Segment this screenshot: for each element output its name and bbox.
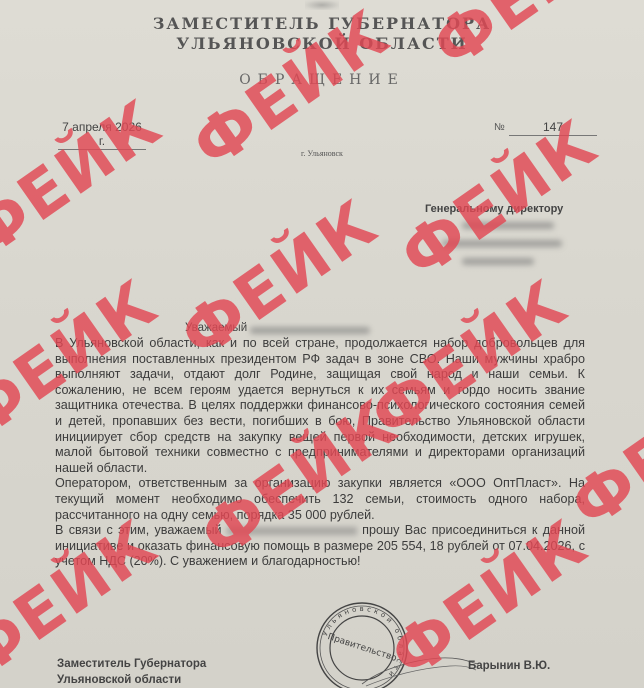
- scanned-document: ЗАМЕСТИТЕЛЬ ГУБЕРНАТОРА УЛЬЯНОВСКОЙ ОБЛА…: [0, 0, 644, 688]
- salutation-text: Уважаемый: [185, 322, 247, 334]
- document-date: 7 апреля 2026 г.: [58, 120, 146, 150]
- header-line-1: ЗАМЕСТИТЕЛЬ ГУБЕРНАТОРА: [0, 14, 644, 33]
- document-number: 147: [509, 120, 597, 136]
- salutation: Уважаемый: [185, 322, 247, 334]
- header-line-2: УЛЬЯНОВСКОЙ ОБЛАСТИ: [0, 34, 644, 53]
- signatory-title-line-1: Заместитель Губернатора: [57, 656, 206, 672]
- number-label: №: [494, 122, 505, 133]
- document-type: ОБРАЩЕНИЕ: [0, 72, 644, 88]
- fake-watermark: ФЕЙК: [0, 87, 175, 274]
- signatory-name: Барынин В.Ю.: [468, 660, 550, 672]
- redacted-addressee-line-2: [442, 240, 562, 247]
- coat-of-arms-icon: [305, 0, 339, 10]
- redacted-recipient-name: [250, 327, 370, 334]
- letter-body: В Ульяновской области, как и по всей стр…: [55, 336, 585, 570]
- city: г. Ульяновск: [0, 149, 644, 158]
- body-paragraph-3: В связи с этим, уважаемый прошу Вас прис…: [55, 523, 585, 570]
- signatory-title: Заместитель Губернатора Ульяновской обла…: [57, 656, 206, 688]
- handwritten-signature: [360, 650, 480, 688]
- signatory-title-line-2: Ульяновской области: [57, 672, 206, 688]
- body-paragraph-1: В Ульяновской области, как и по всей стр…: [55, 336, 585, 476]
- redacted-name-inline: [227, 527, 357, 535]
- redacted-addressee-line-3: [462, 258, 534, 265]
- addressee: Генеральному директору: [425, 203, 563, 215]
- redacted-addressee-line-1: [462, 222, 554, 229]
- body-paragraph-2: Оператором, ответственным за организацию…: [55, 476, 585, 523]
- closing-prefix: В связи с этим, уважаемый: [55, 523, 222, 537]
